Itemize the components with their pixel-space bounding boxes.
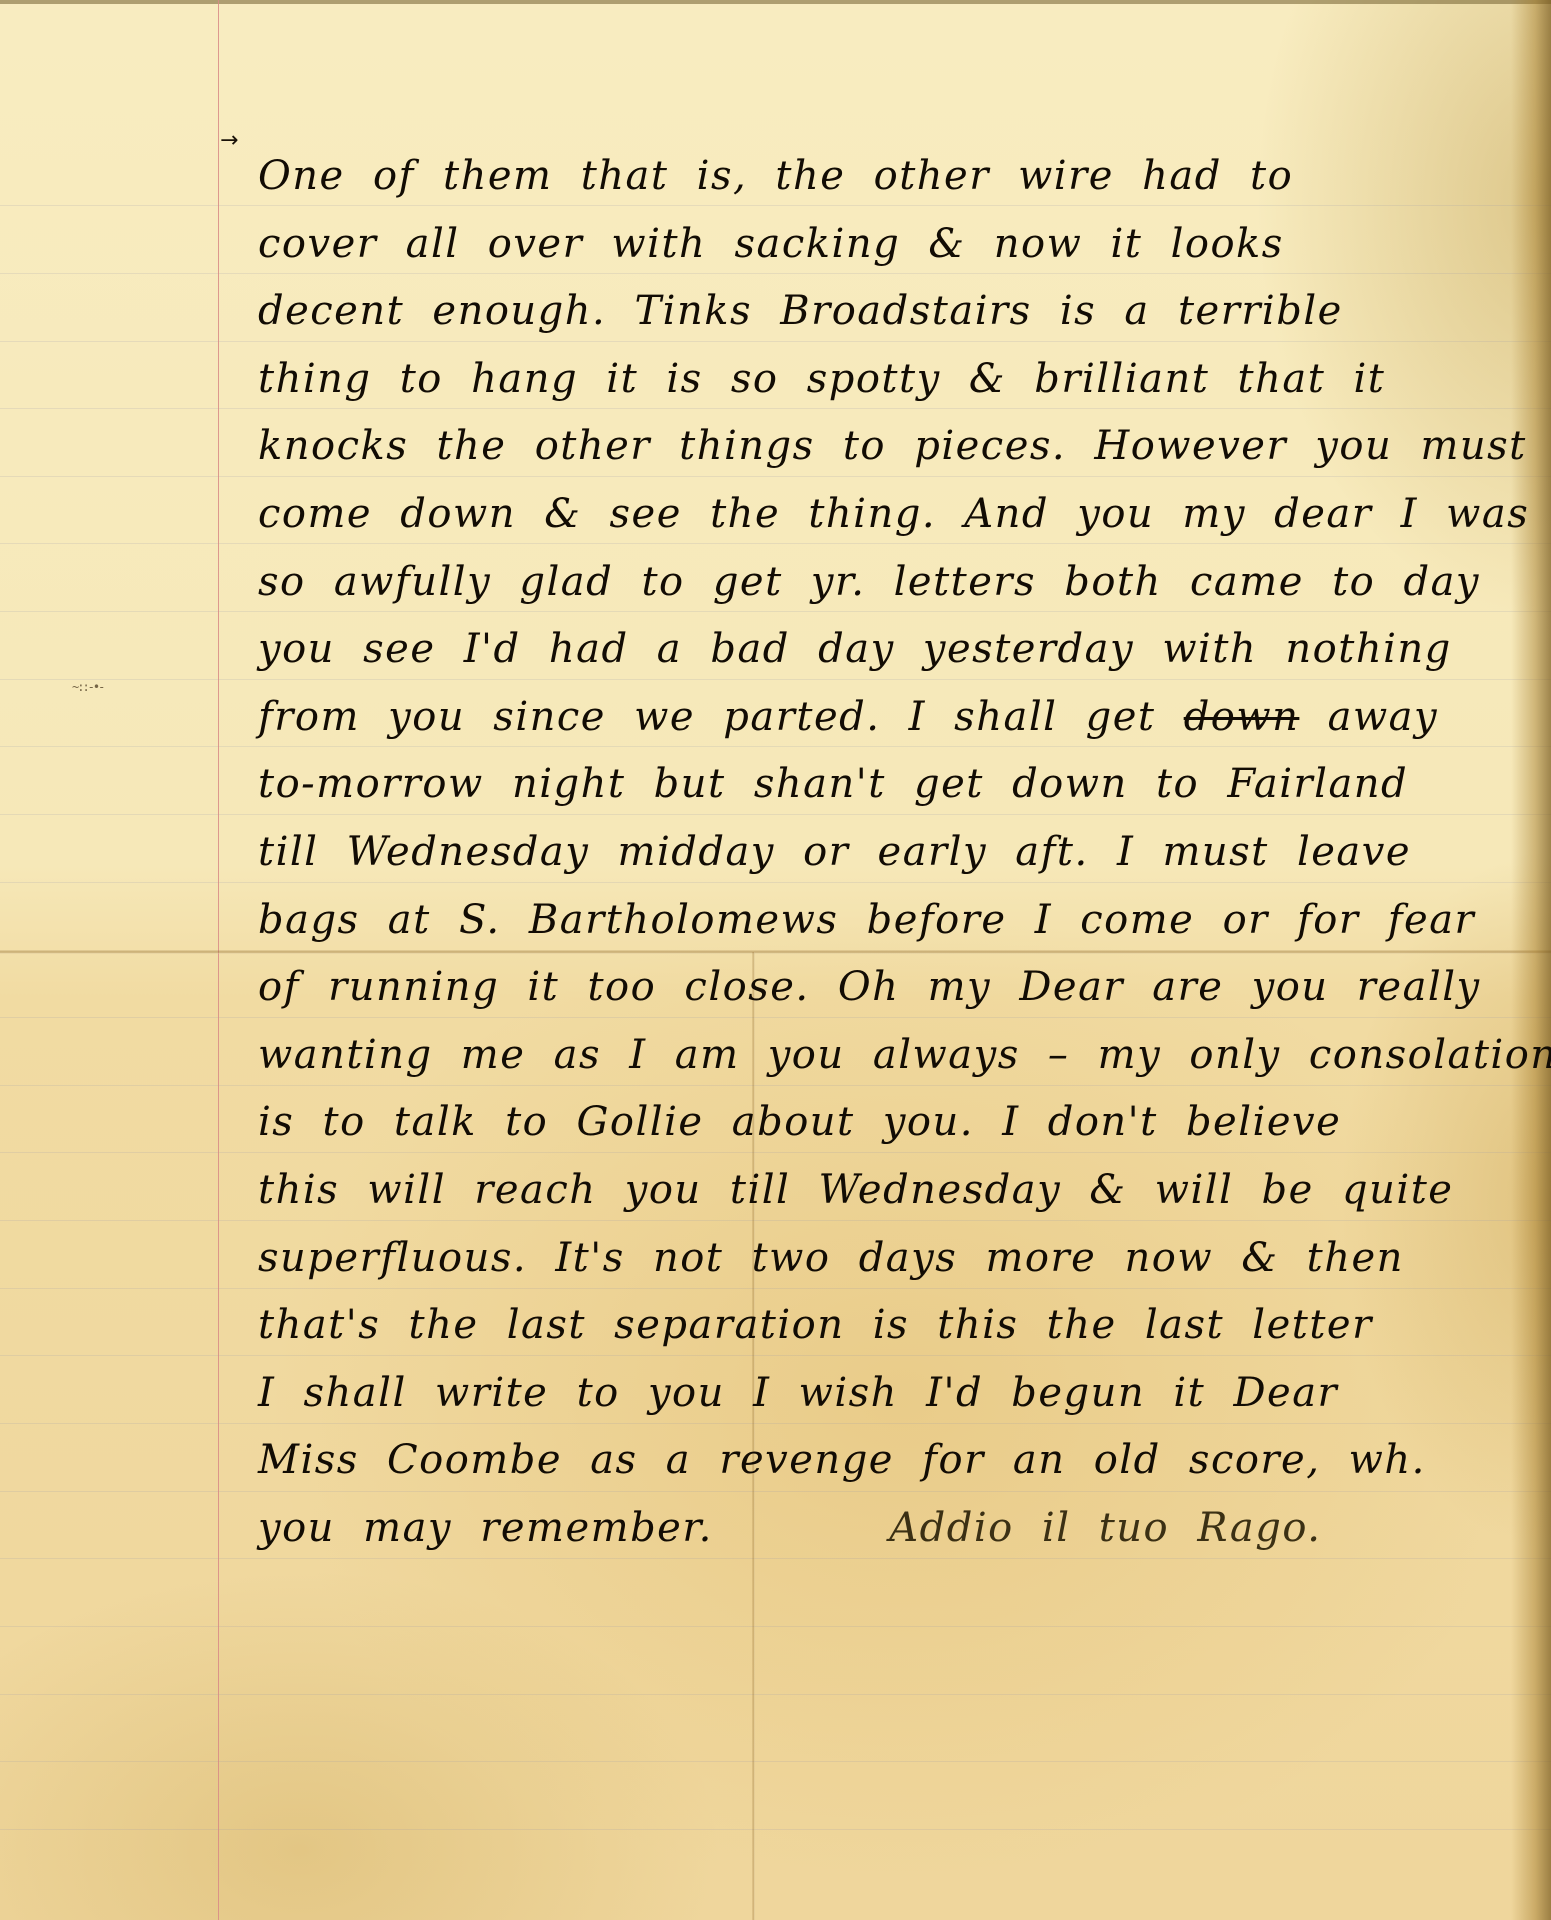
- letter-line: thing to hang it is so spotty & brillian…: [258, 351, 1458, 419]
- red-margin-line: [218, 0, 219, 1920]
- letter-line: One of them that is, the other wire had …: [258, 148, 1458, 216]
- insertion-mark-icon: →: [220, 128, 238, 153]
- ruled-line: [0, 1761, 1551, 1762]
- letter-line: till Wednesday midday or early aft. I mu…: [258, 824, 1458, 892]
- struck-word: down: [1184, 694, 1300, 740]
- ink-smudge: ~::-•-: [72, 680, 136, 694]
- line-text: you may remember.: [258, 1505, 713, 1551]
- ruled-line: [0, 1626, 1551, 1627]
- letter-line: knocks the other things to pieces. Howev…: [258, 418, 1458, 486]
- signoff-signature: Addio il tuo Rago.: [889, 1505, 1321, 1551]
- letter-line: that's the last separation is this the l…: [258, 1297, 1458, 1365]
- letter-body: One of them that is, the other wire had …: [258, 148, 1458, 1567]
- letter-line: of running it too close. Oh my Dear are …: [258, 959, 1458, 1027]
- letter-line: bags at S. Bartholomews before I come or…: [258, 892, 1458, 960]
- letter-line: wanting me as I am you always – my only …: [258, 1027, 1458, 1095]
- letter-line: so awfully glad to get yr. letters both …: [258, 554, 1458, 622]
- letter-line: you see I'd had a bad day yesterday with…: [258, 621, 1458, 689]
- line-text: from you since we parted. I shall get: [258, 694, 1155, 740]
- letter-line: come down & see the thing. And you my de…: [258, 486, 1458, 554]
- letter-line: cover all over with sacking & now it loo…: [258, 216, 1458, 284]
- letter-line: I shall write to you I wish I'd begun it…: [258, 1365, 1458, 1433]
- letter-line-with-strikeout: from you since we parted. I shall get do…: [258, 689, 1458, 757]
- letter-line: is to talk to Gollie about you. I don't …: [258, 1094, 1458, 1162]
- ruled-line: [0, 1694, 1551, 1695]
- letter-line: superfluous. It's not two days more now …: [258, 1230, 1458, 1298]
- letter-line: decent enough. Tinks Broadstairs is a te…: [258, 283, 1458, 351]
- stained-right-edge: [1511, 0, 1551, 1920]
- paper-top-edge: [0, 0, 1551, 4]
- ruled-line: [0, 1829, 1551, 1830]
- letter-line: to-morrow night but shan't get down to F…: [258, 756, 1458, 824]
- letter-page: ~::-•- → One of them that is, the other …: [0, 0, 1551, 1920]
- line-tail: away: [1328, 694, 1439, 740]
- letter-closing-line: you may remember. Addio il tuo Rago.: [258, 1500, 1458, 1568]
- letter-line: this will reach you till Wednesday & wil…: [258, 1162, 1458, 1230]
- letter-line: Miss Coombe as a revenge for an old scor…: [258, 1432, 1458, 1500]
